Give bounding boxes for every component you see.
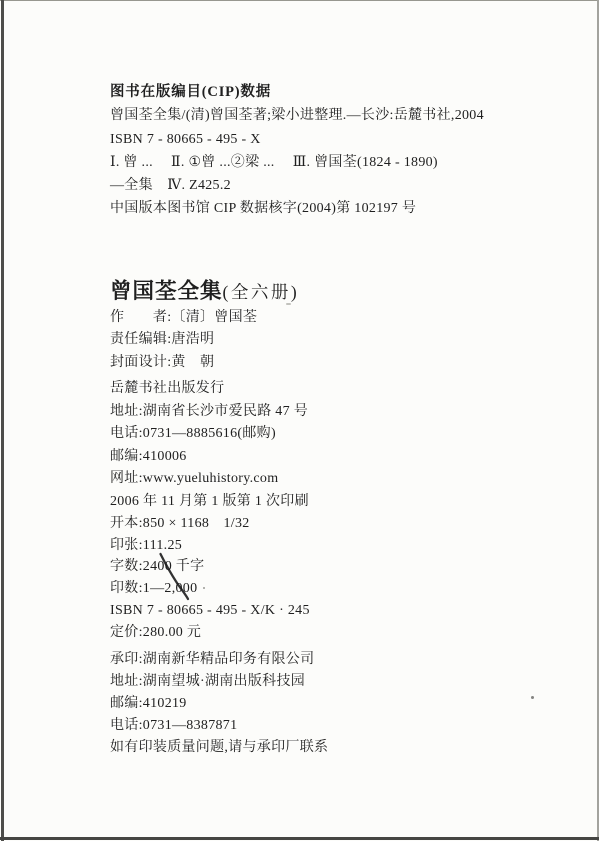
printer-address-line: 地址:湖南望城·湖南出版科技园: [110, 671, 328, 693]
cip-line-classification-1: Ⅰ. 曾 ... Ⅱ. ①曾 ...②梁 ... Ⅲ. 曾国荃(1824 - 1…: [110, 151, 484, 174]
scan-edge-left: [1, 0, 4, 841]
staff-block: 作 者:〔清〕曾国荃 责任编辑:唐浩明 封面设计:黄 朝: [110, 307, 257, 374]
edition-line: 2006 年 11 月第 1 版第 1 次印刷: [110, 491, 310, 513]
printer-phone-line: 电话:0731—8387871: [110, 715, 328, 737]
format-line: 开本:850 × 1168 1/32: [110, 513, 310, 535]
cip-heading: 图书在版编目(CIP)数据: [110, 81, 484, 104]
cip-record-number: 中国版本图书馆 CIP 数据核字(2004)第 102197 号: [110, 197, 484, 220]
scan-speck: [531, 696, 534, 699]
print-run-line: 印数:1—2,000: [110, 578, 310, 600]
scan-speck: [286, 303, 291, 305]
scan-edge-top: [0, 0, 599, 1]
scan-edge-bottom: [0, 837, 599, 840]
scanned-copyright-page: 图书在版编目(CIP)数据 曾国荃全集/(清)曾国荃著;梁小进整理.—长沙:岳麓…: [0, 0, 599, 841]
publisher-block: 岳麓书社出版发行 地址:湖南省长沙市爱民路 47 号 电话:0731—88856…: [110, 378, 308, 491]
printer-block: 承印:湖南新华精品印务有限公司 地址:湖南望城·湖南出版科技园 邮编:41021…: [110, 649, 328, 759]
cip-line-classification-2: —全集 Ⅳ. Z425.2: [110, 174, 484, 197]
price-line: 定价:280.00 元: [110, 622, 310, 644]
publisher-address-line: 地址:湖南省长沙市爱民路 47 号: [110, 401, 308, 424]
publisher-phone-line: 电话:0731—8885616(邮购): [110, 423, 308, 446]
publisher-postcode-line: 邮编:410006: [110, 446, 308, 469]
cip-data-block: 图书在版编目(CIP)数据 曾国荃全集/(清)曾国荃著;梁小进整理.—长沙:岳麓…: [110, 81, 484, 221]
editor-line: 责任编辑:唐浩明: [110, 329, 257, 351]
book-title: 曾国荃全集(全六册): [110, 274, 299, 305]
printer-name-line: 承印:湖南新华精品印务有限公司: [110, 649, 328, 671]
isbn-line: ISBN 7 - 80665 - 495 - X/K · 245: [110, 600, 310, 622]
cover-design-line: 封面设计:黄 朝: [110, 352, 257, 374]
scan-speck: [203, 587, 205, 589]
publisher-website-line: 网址:www.yueluhistory.com: [110, 468, 308, 491]
publisher-name-line: 岳麓书社出版发行: [110, 378, 308, 401]
printing-info-block: 2006 年 11 月第 1 版第 1 次印刷 开本:850 × 1168 1/…: [110, 491, 310, 644]
quality-notice-line: 如有印装质量问题,请与承印厂联系: [110, 737, 328, 759]
cip-line-isbn: ISBN 7 - 80665 - 495 - X: [110, 128, 484, 151]
book-title-main: 曾国荃全集: [110, 279, 223, 303]
cip-line-title-statement: 曾国荃全集/(清)曾国荃著;梁小进整理.—长沙:岳麓书社,2004: [110, 104, 484, 127]
printer-postcode-line: 邮编:410219: [110, 693, 328, 715]
author-line: 作 者:〔清〕曾国荃: [110, 307, 257, 329]
sheets-line: 印张:111.25: [110, 535, 310, 557]
word-count-line: 字数:2400 千字: [110, 556, 310, 578]
book-title-volume-note: (全六册): [223, 282, 300, 302]
